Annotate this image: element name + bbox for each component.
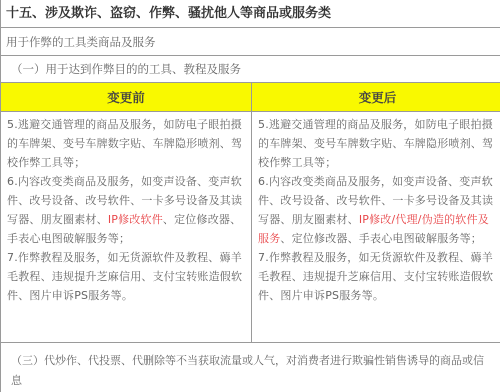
header-after: 变更后: [252, 83, 500, 111]
policy-table: 十五、涉及欺诈、盗窃、作弊、骚扰他人等商品或服务类 用于作弊的工具类商品及服务 …: [0, 0, 500, 392]
comparison-header: 变更前 变更后: [1, 83, 500, 112]
after-item-5: 5.逃避交通管理的商品及服务，如防电子眼拍摄的车牌架、变号车牌数字贴、车牌隐形喷…: [258, 115, 499, 172]
after-column: 5.逃避交通管理的商品及服务，如防电子眼拍摄的车牌架、变号车牌数字贴、车牌隐形喷…: [252, 112, 500, 342]
after-item-6: 6.内容改变类商品及服务，如变声设备、变声软件、改号设备、改号软件、一卡多号设备…: [258, 172, 499, 248]
before-column: 5.逃避交通管理的商品及服务，如防电子眼拍摄的车牌架、变号车牌数字贴、车牌隐形喷…: [1, 112, 252, 342]
section-three: （三）代炒作、代投票、代删除等不当获取流量或人气，对消费者进行欺骗性销售诱导的商…: [1, 343, 500, 391]
category-title: 十五、涉及欺诈、盗窃、作弊、骚扰他人等商品或服务类: [1, 0, 500, 28]
section-title: （一）用于达到作弊目的的工具、教程及服务: [1, 56, 500, 83]
before-item-7: 7.作弊教程及服务，如无货源软件及教程、薅羊毛教程、违规提升芝麻信用、支付宝转账…: [7, 248, 247, 305]
before-item-6: 6.内容改变类商品及服务，如变声设备、变声软件、改号设备、改号软件、一卡多号设备…: [7, 172, 247, 248]
after-item-7: 7.作弊教程及服务，如无货源软件及教程、薅羊毛教程、违规提升芝麻信用、支付宝转账…: [258, 248, 499, 305]
header-before: 变更前: [1, 83, 252, 111]
after-item-6-tail: 、定位修改器、手表心电图破解服务等；: [280, 232, 482, 245]
comparison-body: 5.逃避交通管理的商品及服务，如防电子眼拍摄的车牌架、变号车牌数字贴、车牌隐形喷…: [1, 112, 500, 343]
before-item-5: 5.逃避交通管理的商品及服务，如防电子眼拍摄的车牌架、变号车牌数字贴、车牌隐形喷…: [7, 115, 247, 172]
before-item-6-highlight: IP修改软件: [108, 213, 163, 226]
subcategory-title: 用于作弊的工具类商品及服务: [1, 28, 500, 56]
